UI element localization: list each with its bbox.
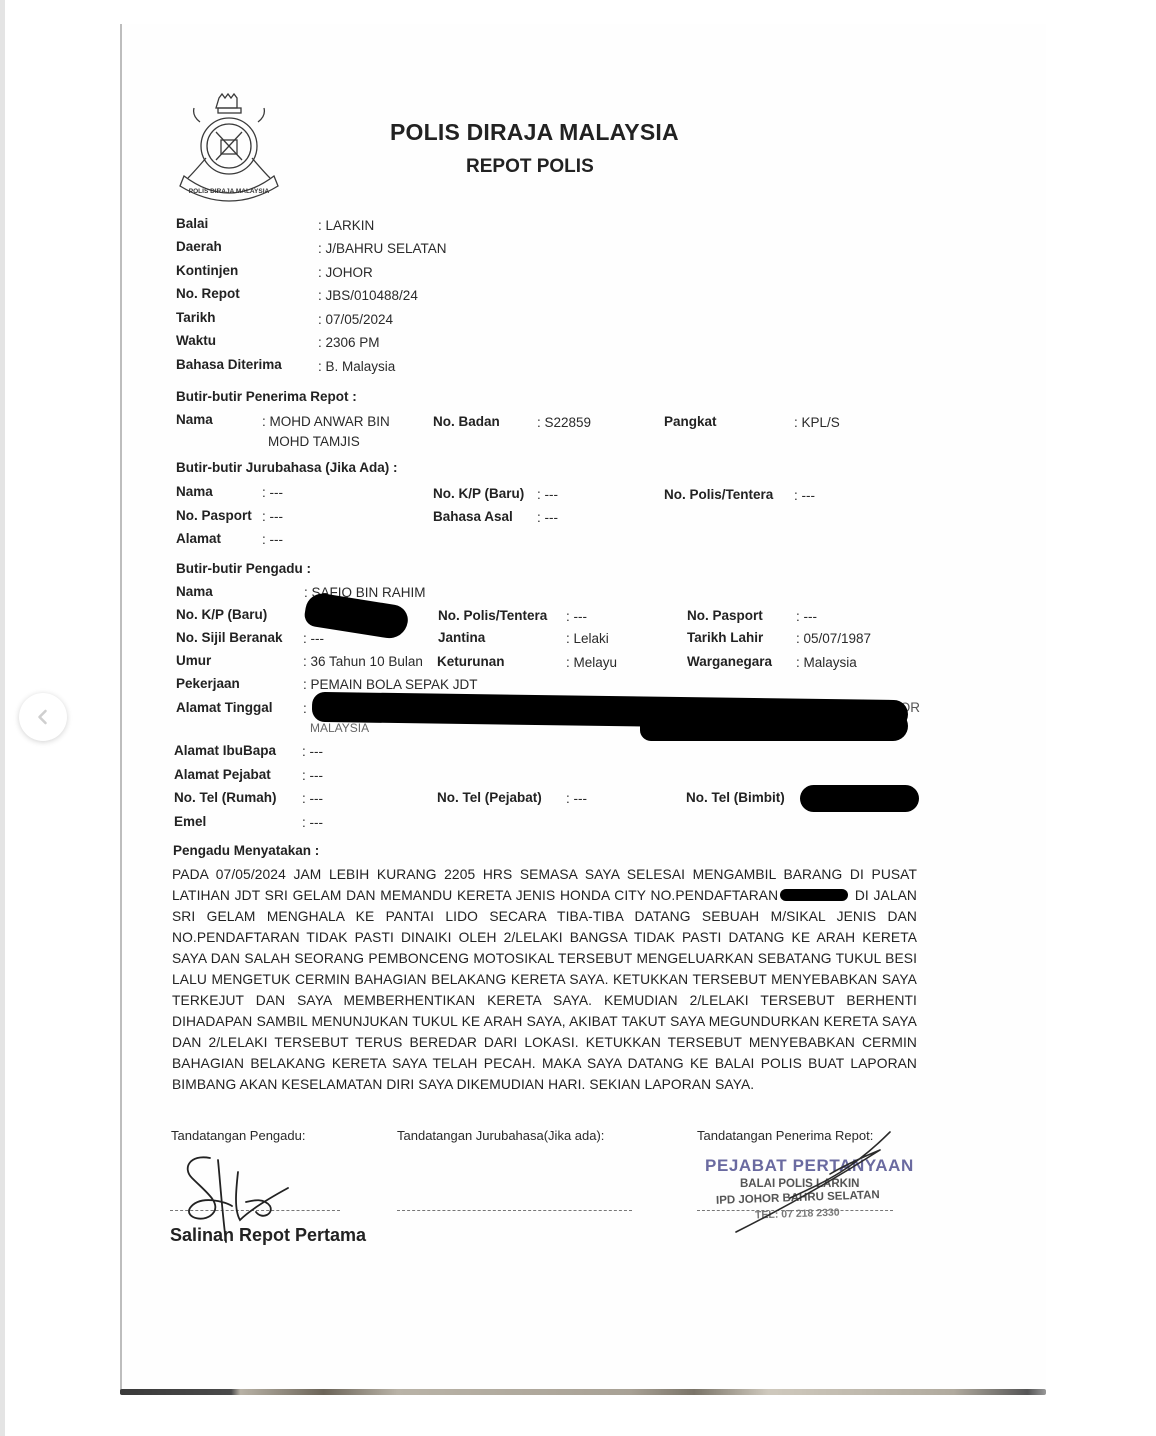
organization-title: POLIS DIRAJA MALAYSIA [390,119,679,146]
field-value: : --- [302,791,323,806]
field-label: No. Tel (Bimbit) [686,790,785,805]
field-value: : 2306 PM [318,335,380,350]
field-value: : [303,701,307,716]
viewer-edge [0,0,5,1436]
page-bottom-edge [120,1389,1046,1395]
field-value: : --- [302,768,323,783]
field-label: Jantina [438,630,485,645]
field-value: : LARKIN [318,218,374,233]
field-label: No. K/P (Baru) [433,486,524,501]
field-label: No. Pasport [176,508,252,523]
redaction-mark [640,711,908,741]
field-label: Tarikh [176,310,216,325]
field-value: : 05/07/1987 [796,631,871,646]
field-label: No. Tel (Rumah) [174,790,277,805]
field-value: : --- [537,487,558,502]
field-label: Waktu [176,333,216,348]
field-value: : Malaysia [796,655,857,670]
field-value: : --- [566,791,587,806]
complainant-signature-label: Tandatangan Pengadu: [171,1128,305,1143]
field-value: : 07/05/2024 [318,312,393,327]
section-heading: Butir-butir Penerima Repot : [176,389,357,404]
statement-text: DI JALAN SRI GELAM MENGHALA KE PANTAI LI… [172,888,917,1092]
signature-line [397,1210,632,1211]
field-value: : J/BAHRU SELATAN [318,241,447,256]
field-value: MOHD TAMJIS [268,434,360,449]
field-label: No. Sijil Beranak [176,630,283,645]
chevron-left-icon [33,707,53,727]
svg-text:POLIS DIRAJA MALAYSIA: POLIS DIRAJA MALAYSIA [189,188,270,195]
field-label: Daerah [176,239,222,254]
field-label: Keturunan [437,654,505,669]
field-label: Nama [176,584,213,599]
field-label: Kontinjen [176,263,238,278]
field-label: No. Badan [433,414,500,429]
field-value: : Lelaki [566,631,609,646]
redaction-mark [800,785,919,812]
field-value: : --- [566,609,587,624]
field-value: : S22859 [537,415,591,430]
field-label: Bahasa Asal [433,509,513,524]
redaction-mark [780,889,848,901]
field-value: : PEMAIN BOLA SEPAK JDT [303,677,478,692]
police-crest-icon: POLIS DIRAJA MALAYSIA [176,92,282,204]
field-label: Balai [176,216,208,231]
receiver-signature [730,1128,900,1238]
field-label: Alamat Tinggal [176,700,273,715]
statement-body: PADA 07/05/2024 JAM LEBIH KURANG 2205 HR… [172,864,917,1095]
first-copy-label: Salinan Repot Pertama [170,1225,366,1246]
field-label: Emel [174,814,206,829]
section-heading: Butir-butir Jurubahasa (Jika Ada) : [176,460,398,475]
previous-image-button[interactable] [19,693,67,741]
field-value: : B. Malaysia [318,359,395,374]
field-value: : --- [302,744,323,759]
field-value: : --- [796,609,817,624]
section-heading: Butir-butir Pengadu : [176,561,311,576]
field-value: : Melayu [566,655,617,670]
form-title: REPOT POLIS [466,156,594,178]
field-value: : MOHD ANWAR BIN [262,414,390,429]
field-value: : --- [262,532,283,547]
field-label: No. Repot [176,286,240,301]
field-label: Alamat Pejabat [174,767,271,782]
field-value: : KPL/S [794,415,840,430]
field-value: : --- [303,631,324,646]
field-label: Alamat [176,531,221,546]
field-label: No. Pasport [687,608,763,623]
field-label: No. Tel (Pejabat) [437,790,542,805]
field-label: No. Polis/Tentera [438,608,547,623]
field-value: : --- [262,509,283,524]
field-value: : 36 Tahun 10 Bulan [303,654,423,669]
statement-heading: Pengadu Menyatakan : [173,843,319,858]
field-label: Alamat IbuBapa [174,743,276,758]
field-label: Pangkat [664,414,717,429]
page-edge-rule [120,24,122,1394]
field-label: Pekerjaan [176,676,240,691]
field-value: MALAYSIA [310,721,369,735]
field-label: Umur [176,653,211,668]
field-label: No. K/P (Baru) [176,607,267,622]
field-label: Bahasa Diterima [176,357,282,372]
interpreter-signature-label: Tandatangan Jurubahasa(Jika ada): [397,1128,604,1143]
field-label: Nama [176,412,213,427]
field-label: No. Polis/Tentera [664,487,773,502]
field-label: Nama [176,484,213,499]
field-value: : JBS/010488/24 [318,288,418,303]
field-value: : --- [794,488,815,503]
field-label: Tarikh Lahir [687,630,763,645]
field-value: : --- [302,815,323,830]
field-value: : --- [262,485,283,500]
field-value: : JOHOR [318,265,373,280]
field-label: Warganegara [687,654,772,669]
field-value: : --- [537,510,558,525]
